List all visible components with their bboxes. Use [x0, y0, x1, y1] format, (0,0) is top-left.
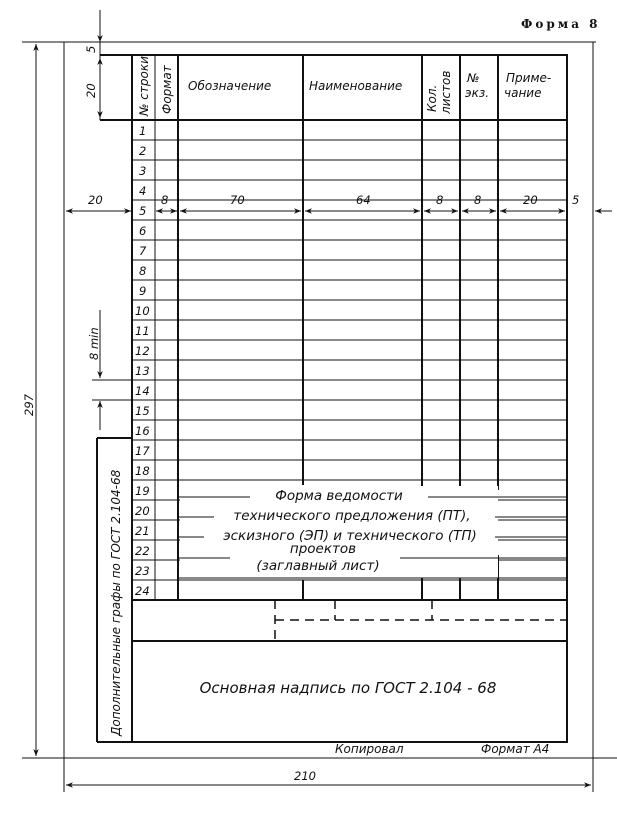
- dimension-sheet-height: 297: [22, 44, 36, 756]
- dim-left-margin: 20: [88, 193, 103, 207]
- dim-sheet-width: 210: [294, 769, 316, 783]
- dim-col-sheets: 8: [436, 193, 443, 207]
- dimension-sheet-width: 210: [66, 769, 591, 785]
- header-format: Формат: [160, 64, 174, 114]
- row-number: 22: [135, 544, 150, 558]
- row-number: 18: [135, 464, 150, 478]
- row-number: 17: [135, 444, 150, 458]
- row-number: 21: [135, 524, 150, 538]
- row-numbers: 123456789101112131415161718192021222324: [135, 124, 150, 598]
- row-number: 14: [135, 384, 150, 398]
- dim-top-margin: 5: [84, 46, 98, 53]
- row-number: 13: [135, 364, 150, 378]
- header-copy-line2: экз.: [465, 86, 489, 100]
- dim-col-name: 64: [356, 193, 371, 207]
- header-name: Наименование: [309, 79, 402, 93]
- additional-stamp-area: [132, 600, 567, 641]
- row-number: 10: [135, 304, 150, 318]
- header-note-line2: чание: [504, 86, 541, 100]
- row-number: 4: [139, 184, 146, 198]
- row-number: 11: [135, 324, 150, 338]
- header-row-no: № строки: [137, 56, 151, 117]
- dim-col-format: 8: [161, 193, 168, 207]
- dimension-top: 5 20: [84, 10, 100, 120]
- header-sheets-line2: листов: [439, 71, 453, 115]
- caption-line-1: Форма ведомости: [275, 488, 403, 504]
- dimension-columns: 20 8 70 64 8 8 20 5: [66, 193, 612, 211]
- row-number: 16: [135, 424, 150, 438]
- caption-line-2: технического предложения (ПТ),: [233, 508, 470, 524]
- row-number: 2: [139, 144, 146, 158]
- footer-format: Формат А4: [481, 742, 549, 756]
- row-number: 12: [135, 344, 150, 358]
- table-header: № строки Формат Обозначение Наименование…: [137, 56, 551, 117]
- caption-line-4: проектов: [290, 541, 356, 557]
- row-number: 5: [139, 204, 146, 218]
- row-number: 24: [135, 584, 150, 598]
- row-number: 9: [139, 284, 146, 298]
- dim-col-note: 20: [523, 193, 538, 207]
- row-number: 8: [139, 264, 146, 278]
- additional-columns-label: Дополнительные графы по ГОСТ 2.104-68: [109, 469, 123, 737]
- drawing-canvas: Форма 8 12345678910111213141516171819202…: [0, 0, 617, 814]
- additional-columns-box: Дополнительные графы по ГОСТ 2.104-68: [97, 438, 132, 742]
- header-sheets-line1: Кол.: [425, 85, 439, 112]
- row-number: 3: [139, 164, 146, 178]
- row-number: 7: [139, 244, 147, 258]
- row-number: 23: [135, 564, 150, 578]
- row-number: 19: [135, 484, 150, 498]
- dimension-row-height: 8 min: [87, 310, 132, 430]
- header-note-line1: Приме-: [506, 71, 551, 85]
- dim-header-height: 20: [84, 83, 98, 98]
- header-copy-line1: №: [466, 71, 479, 85]
- dim-right-margin: 5: [572, 193, 579, 207]
- row-number: 15: [135, 404, 150, 418]
- caption-line-5: (заглавный лист): [256, 558, 379, 574]
- row-number: 20: [135, 504, 150, 518]
- dim-row-height: 8 min: [87, 327, 101, 360]
- form-title: Форма 8: [521, 17, 601, 31]
- header-designation: Обозначение: [188, 79, 271, 93]
- row-number: 1: [139, 124, 146, 138]
- dim-sheet-height: 297: [22, 393, 36, 416]
- dim-col-designation: 70: [230, 193, 245, 207]
- dim-col-copy: 8: [474, 193, 481, 207]
- footer-copied: Копировал: [335, 742, 404, 756]
- row-number: 6: [139, 224, 146, 238]
- title-block-label: Основная надпись по ГОСТ 2.104 - 68: [200, 679, 497, 697]
